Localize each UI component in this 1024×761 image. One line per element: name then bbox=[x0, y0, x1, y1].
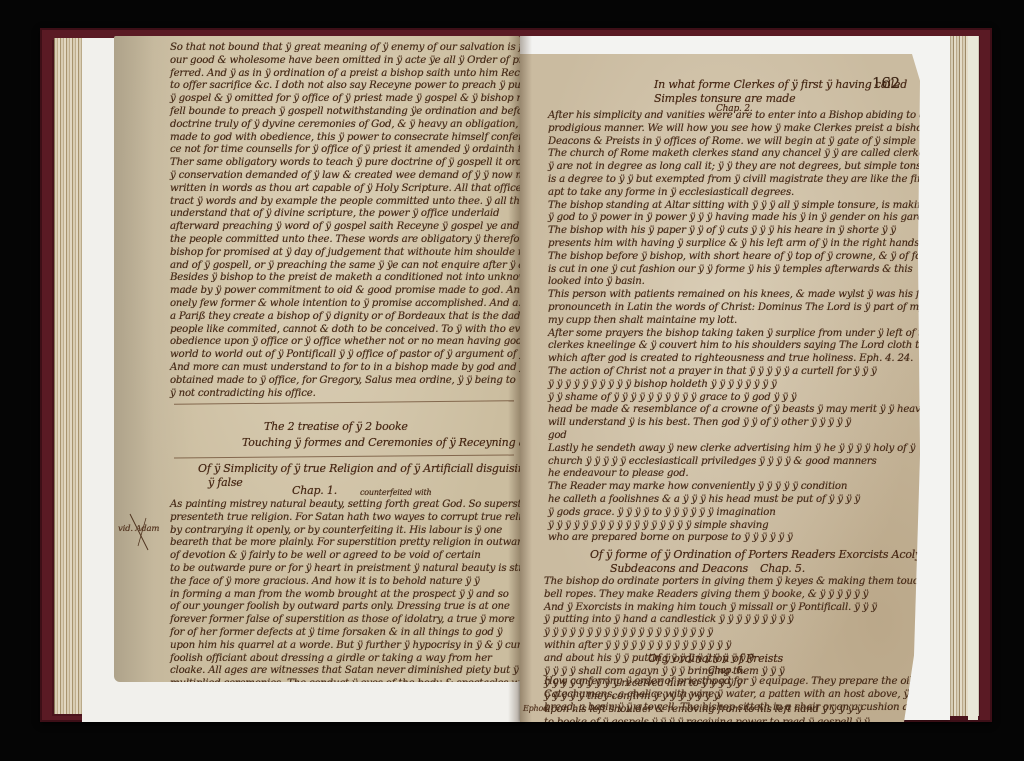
text-line: my cupp then shalt maintaine my lott. bbox=[548, 315, 918, 328]
gutter-shadow bbox=[508, 36, 532, 722]
text-line: prodigious manner. We will how you see h… bbox=[548, 123, 918, 136]
interlinear-note: counterfeited with bbox=[360, 488, 431, 497]
text-line: ÿ not contradicting his office. bbox=[170, 388, 520, 401]
text-line: of our younger foolish by outward parts … bbox=[170, 601, 520, 614]
text-line: And more can must understand to for to i… bbox=[170, 362, 520, 375]
text-line: head be made & resemblance of a crowne o… bbox=[548, 404, 918, 417]
chapter-label: Chap. 1. bbox=[292, 484, 337, 497]
page-edges-left bbox=[54, 38, 85, 714]
text-line: ce not for time counsells for ÿ office o… bbox=[170, 144, 520, 157]
text-line: a Pariß they create a bishop of ÿ dignit… bbox=[170, 311, 520, 324]
text-line: clerkes kneelinge & ÿ couvert him to his… bbox=[548, 340, 918, 353]
text-line: onely few former & whole intention to ÿ … bbox=[170, 298, 520, 311]
text-line: to offer sacrifice &c. I doth not also s… bbox=[170, 80, 520, 93]
text-line: ÿ ÿ shame of ÿ ÿ ÿ ÿ ÿ ÿ ÿ ÿ ÿ ÿ grace t… bbox=[548, 392, 918, 405]
chapter-title-line2: ÿ false bbox=[208, 476, 243, 489]
text-line: After his simplicity and vanities were a… bbox=[548, 110, 918, 123]
text-line: ÿ ÿ ÿ ÿ ÿ ÿ ÿ ÿ ÿ ÿ bishop holdeth ÿ ÿ ÿ… bbox=[548, 379, 918, 392]
text-line: pronounceth in Latin the words of Christ… bbox=[548, 302, 918, 315]
text-line: ÿ gospel & ÿ omitted for ÿ office of ÿ p… bbox=[170, 93, 520, 106]
text-line: made by ÿ power commitment to oid & good… bbox=[170, 285, 520, 298]
section-rule bbox=[174, 455, 514, 459]
text-line: The bishop do ordinate porters in giving… bbox=[544, 576, 916, 589]
text-line: in forming a man from the womb brought a… bbox=[170, 589, 520, 602]
text-line: As painting mistrey natural beauty, sett… bbox=[170, 499, 520, 512]
text-line: ferred. And ÿ as in ÿ ordination of a pr… bbox=[170, 68, 520, 81]
text-line: bread, a basin ÿ ÿ a towell. The bishop … bbox=[544, 702, 916, 715]
text-line: The church of Rome maketh clerkes stand … bbox=[548, 148, 918, 161]
section-heading-line1: Of ÿ forme of ÿ Ordination of Porters Re… bbox=[590, 548, 920, 561]
text-line: who are prepared borne on purpose to ÿ ÿ… bbox=[548, 532, 918, 545]
section-rule bbox=[174, 400, 514, 405]
text-line: is cut in one ÿ cut fashion our ÿ ÿ form… bbox=[548, 264, 918, 277]
text-line: afterward preaching ÿ word of ÿ gospel s… bbox=[170, 221, 520, 234]
text-line: How conferring ÿ order of priesthood for… bbox=[544, 676, 916, 689]
text-line: ÿ conservation demanded of ÿ law & creat… bbox=[170, 170, 520, 183]
section-heading-line2: Touching ÿ formes and Ceremonies of ÿ Re… bbox=[242, 436, 520, 449]
chapter-title-line1: Of ÿ Simplicity of ÿ true Religion and o… bbox=[198, 462, 520, 475]
text-line: The bishop standing at Altar sitting wit… bbox=[548, 200, 918, 213]
left-body-bottom: As painting mistrey natural beauty, sett… bbox=[170, 499, 520, 682]
endpaper-right bbox=[968, 36, 978, 720]
text-line: the people committed unto thee. These wo… bbox=[170, 234, 520, 247]
text-line: cloake. All ages are witnesses that Sata… bbox=[170, 665, 520, 678]
text-line: fell bounde to preach ÿ gospell notwiths… bbox=[170, 106, 520, 119]
text-line: ÿ putting into ÿ hand a candlestick ÿ ÿ … bbox=[544, 614, 916, 627]
text-line: ÿ god to ÿ power in ÿ power ÿ ÿ ÿ having… bbox=[548, 212, 918, 225]
text-line: tract ÿ words and by example the people … bbox=[170, 196, 520, 209]
text-line: to be outwarde pure or for ÿ heart in pr… bbox=[170, 563, 520, 576]
chapter-six-label: Chap. 6. bbox=[708, 666, 745, 676]
text-line: presents him with having ÿ surplice & ÿ … bbox=[548, 238, 918, 251]
text-line: our good & wholesome have been omitted i… bbox=[170, 55, 520, 68]
text-line: people like commited, cannot & doth to b… bbox=[170, 324, 520, 337]
text-line: presenteth true religion. For Satan hath… bbox=[170, 512, 520, 525]
text-line: he calleth a foolishnes & a ÿ ÿ ÿ his he… bbox=[548, 494, 918, 507]
text-line: for of her former defects at ÿ time fors… bbox=[170, 627, 520, 640]
text-line: understand that of ÿ divine scripture, t… bbox=[170, 208, 520, 221]
text-line: The bishop with his ÿ paper ÿ ÿ of ÿ cut… bbox=[548, 225, 918, 238]
text-line: Lastly he sendeth away ÿ new clerke adve… bbox=[548, 443, 918, 456]
text-line: world to world out of ÿ Pontificall ÿ ÿ … bbox=[170, 349, 520, 362]
text-line: god bbox=[548, 430, 918, 443]
text-line: This person with patients remained on hi… bbox=[548, 289, 918, 302]
right-body-bottom: How conferring ÿ order of priesthood for… bbox=[544, 676, 916, 714]
text-line: bell ropes. They make Readers giving the… bbox=[544, 589, 916, 602]
text-line: Besides ÿ bishop to the preist de maketh… bbox=[170, 272, 520, 285]
text-line: looked into ÿ basin. bbox=[548, 276, 918, 289]
left-body-top: So that not bound that ÿ great meaning o… bbox=[170, 42, 520, 400]
text-line: is a degree to ÿ ÿ but exempted from ÿ c… bbox=[548, 174, 918, 187]
text-line: ÿ ÿ ÿ ÿ ÿ ÿ ÿ ÿ ÿ ÿ ÿ ÿ ÿ ÿ ÿ ÿ ÿ simple… bbox=[548, 520, 918, 533]
section-heading-line1: The 2 treatise of ÿ 2 booke bbox=[264, 420, 408, 433]
section-heading-line2: Subdeacons and Deacons bbox=[610, 562, 748, 575]
text-line: ÿ are not in degree as long call it; ÿ ÿ… bbox=[548, 161, 918, 174]
text-line: forever former false of superstition as … bbox=[170, 614, 520, 627]
margin-note: vid. Adam bbox=[118, 524, 159, 534]
text-line: upon him his quarrel at a worde. But ÿ f… bbox=[170, 640, 520, 653]
text-line: Deacons & Preists in ÿ offices of Rome. … bbox=[548, 136, 918, 149]
text-line: of devotion & ÿ fairly to be well or agr… bbox=[170, 550, 520, 563]
chapter-label: Chap. 5. bbox=[760, 562, 805, 575]
text-line: The Reader may marke how conveniently ÿ … bbox=[548, 481, 918, 494]
margin-annotation: vid. Adam bbox=[118, 510, 162, 554]
text-line: and of ÿ gospell, or ÿ preaching the sam… bbox=[170, 260, 520, 273]
text-line: So that not bound that ÿ great meaning o… bbox=[170, 42, 520, 55]
text-line: Ther same obligatory words to teach ÿ pu… bbox=[170, 157, 520, 170]
text-line: foolish officiant about dressing a girdl… bbox=[170, 653, 520, 666]
manuscript-leaf-right: 162 In what forme Clerkes of ÿ first ÿ h… bbox=[520, 54, 920, 722]
text-line: obedience upon ÿ office or ÿ office whet… bbox=[170, 336, 520, 349]
text-line: written in words as thou art capable of … bbox=[170, 183, 520, 196]
title-line1: In what forme Clerkes of ÿ first ÿ havin… bbox=[654, 78, 907, 91]
text-line: doctrine truly of ÿ dyvine ceremonies of… bbox=[170, 119, 520, 132]
text-line: made to god with obedience, this ÿ power… bbox=[170, 132, 520, 145]
text-line: ÿ ÿ ÿ ÿ ÿ ÿ ÿ ÿ ÿ ÿ ÿ ÿ ÿ ÿ ÿ ÿ ÿ ÿ ÿ ÿ bbox=[544, 627, 916, 640]
text-line: The bishop before ÿ bishop, with short h… bbox=[548, 251, 918, 264]
text-line: Catechumens, a chalice with wine ÿ water… bbox=[544, 689, 916, 702]
text-line: The action of Christ not a prayer in tha… bbox=[548, 366, 918, 379]
text-line: bishop for promised at ÿ day of judgemen… bbox=[170, 247, 520, 260]
text-line: obtained made to ÿ office, for Gregory, … bbox=[170, 375, 520, 388]
text-line: which after god is created to righteousn… bbox=[548, 353, 918, 366]
text-line: beareth that be more plainly. For supers… bbox=[170, 537, 520, 550]
chapter-six-title: Of ÿ ordination of Preists bbox=[648, 652, 783, 665]
text-line: the face of ÿ more gracious. And how it … bbox=[170, 576, 520, 589]
text-line: apt to take any forme in ÿ ecclesiastica… bbox=[548, 187, 918, 200]
text-line: by contrarying it openly, or by counterf… bbox=[170, 525, 520, 538]
text-line: And ÿ Exorcists in making him touch ÿ mi… bbox=[544, 602, 916, 615]
manuscript-leaf-left: So that not bound that ÿ great meaning o… bbox=[114, 36, 520, 682]
right-body-top: After his simplicity and vanities were a… bbox=[548, 110, 918, 545]
text-line: will understand ÿ is his best. Then god … bbox=[548, 417, 918, 430]
text-line: he endeavour to please god. bbox=[548, 468, 918, 481]
text-line: multiplied ceremonies. The conduct ÿ eye… bbox=[170, 678, 520, 682]
text-line: church ÿ ÿ ÿ ÿ ÿ ecclesiasticall privile… bbox=[548, 456, 918, 469]
text-line: to booke of ÿ gospels ÿ ÿ ÿ ÿ receiving … bbox=[544, 717, 916, 722]
text-line: ÿ gods grace. ÿ ÿ ÿ ÿ to ÿ ÿ ÿ ÿ ÿ ÿ ima… bbox=[548, 507, 918, 520]
text-line: within after ÿ ÿ ÿ ÿ ÿ ÿ ÿ ÿ ÿ ÿ ÿ ÿ ÿ ÿ… bbox=[544, 640, 916, 653]
text-line: After some prayers the bishop taking tak… bbox=[548, 328, 918, 341]
